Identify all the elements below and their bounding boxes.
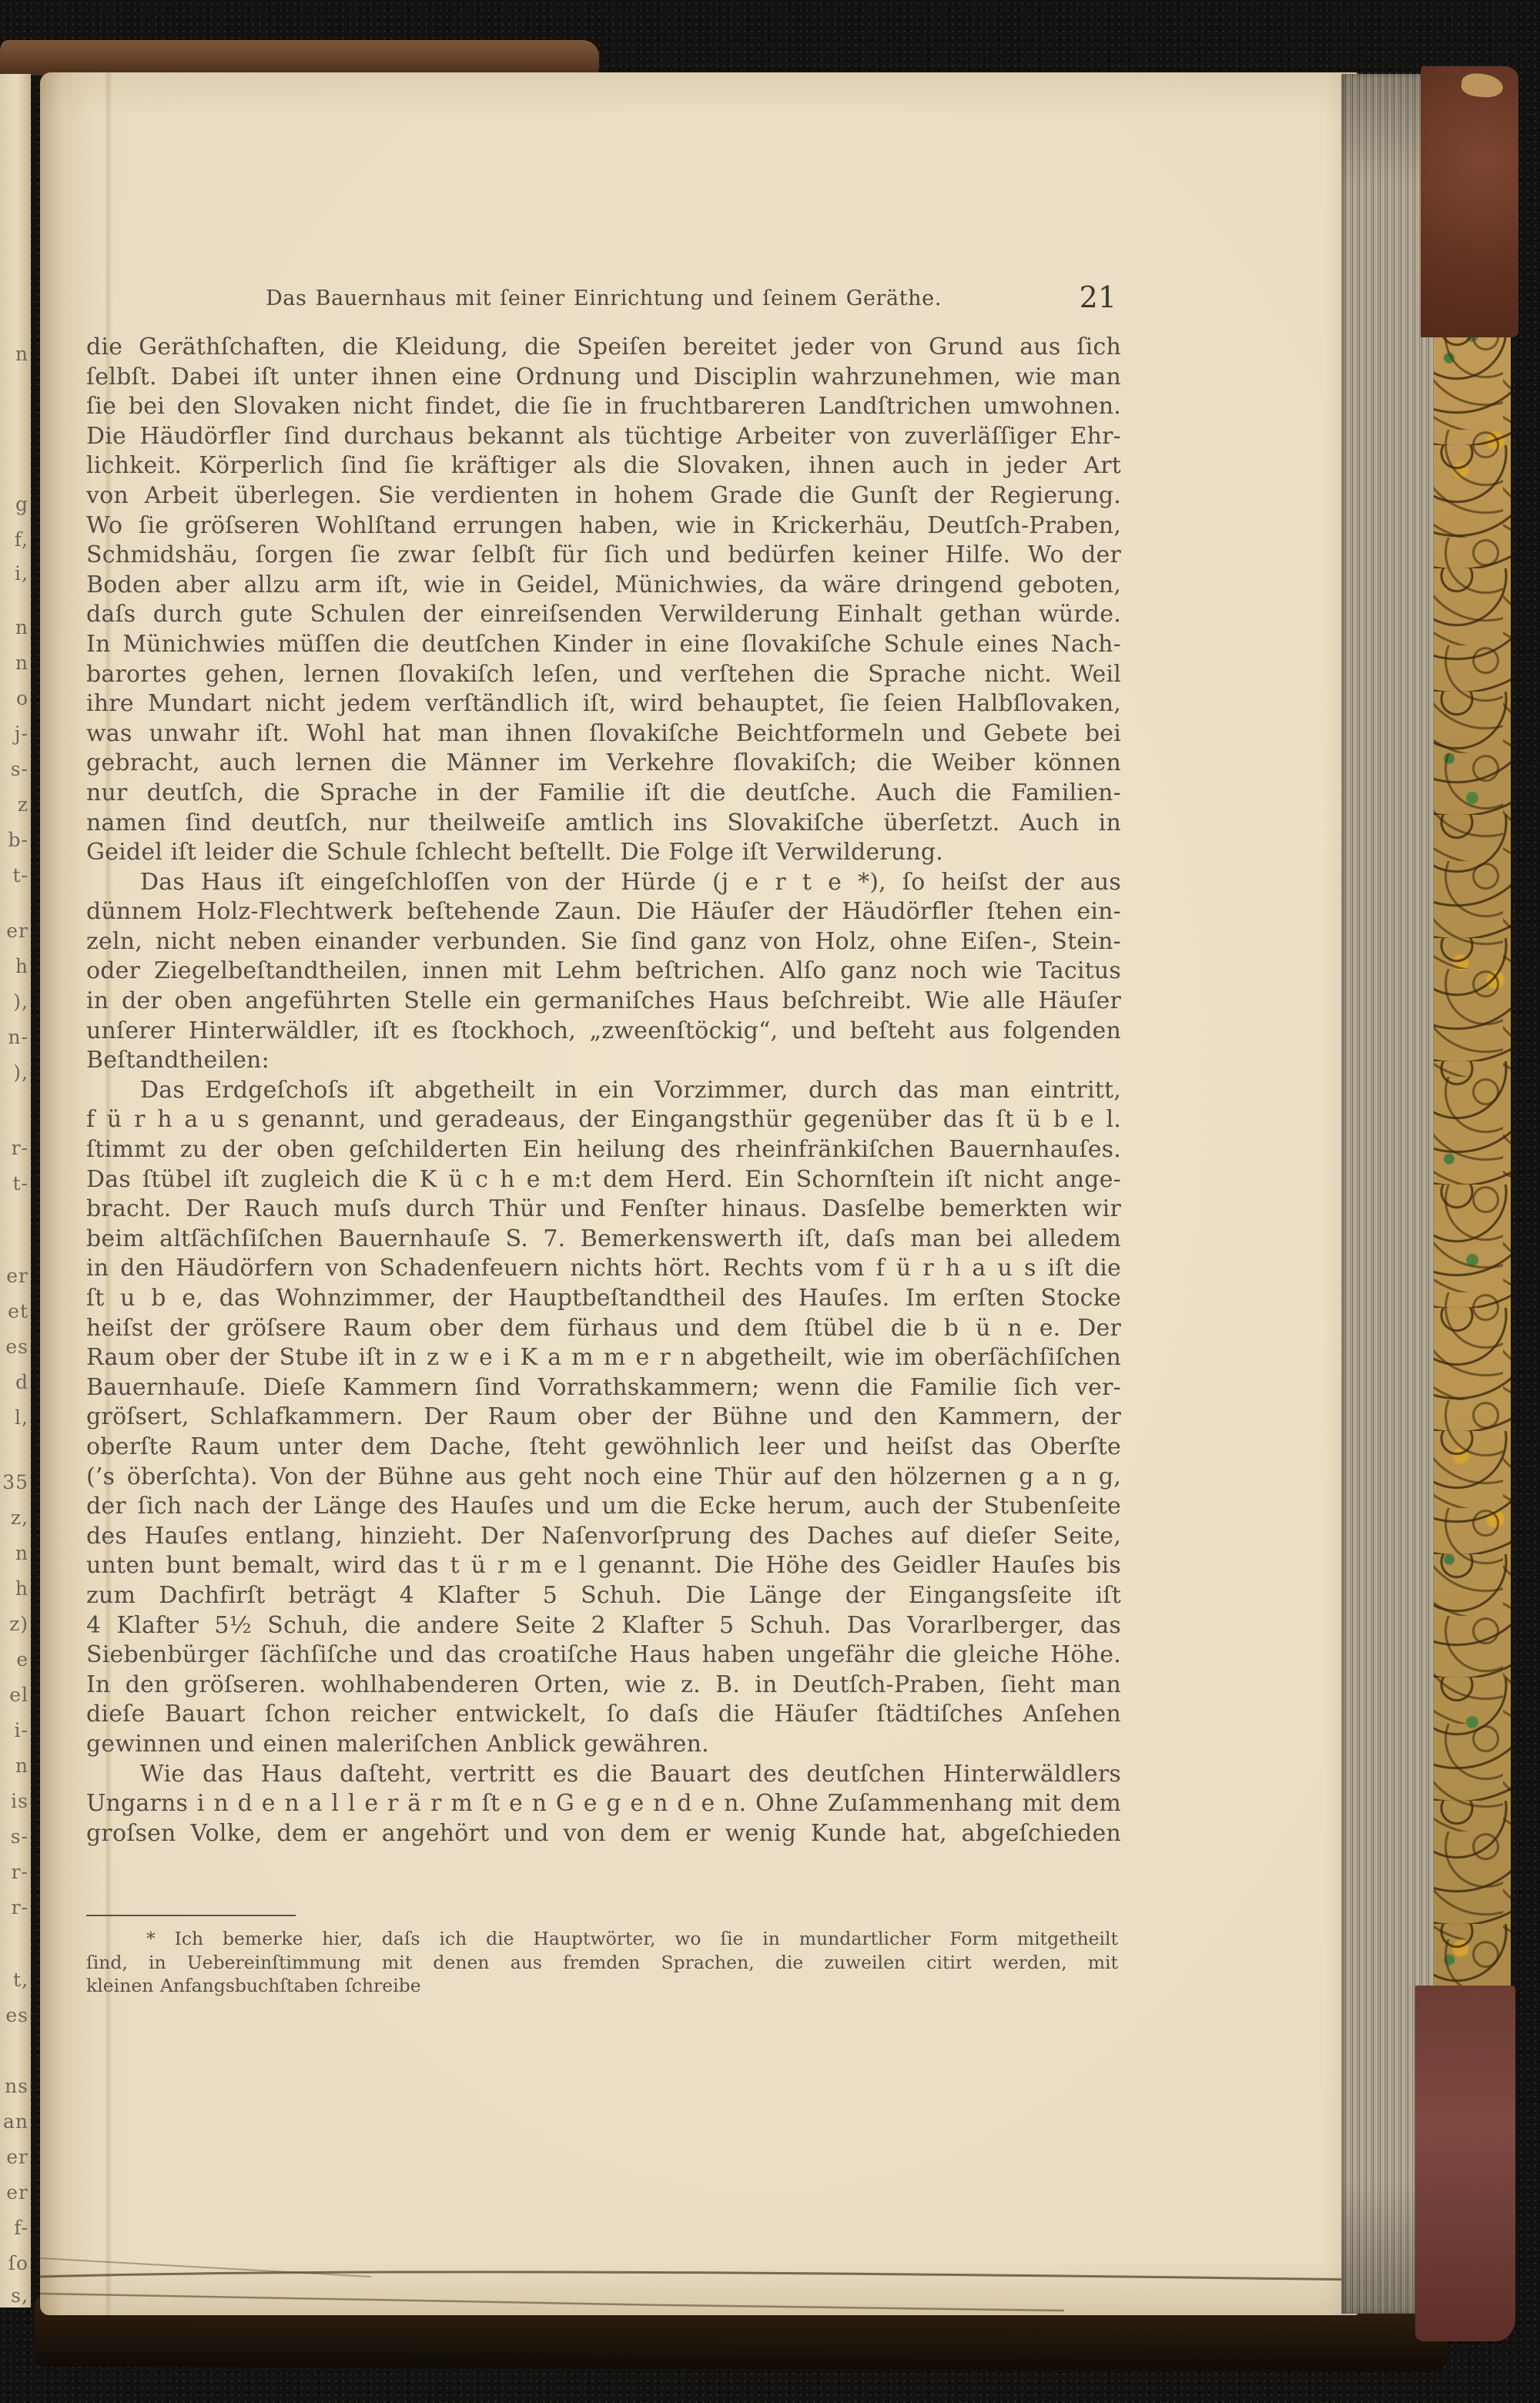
page-number: 21	[1080, 280, 1116, 314]
cutoff-text-fragment: n	[15, 616, 28, 638]
cutoff-text-fragment: is	[11, 1790, 28, 1812]
text-line: barortes gehen, lernen ſlovakiſch leſen,…	[86, 660, 1121, 690]
cutoff-text-fragment: er	[6, 1265, 28, 1287]
cutoff-text-fragment: ),	[13, 1061, 28, 1084]
text-line: 4 Klafter 5½ Schuh, die andere Seite 2 K…	[86, 1611, 1121, 1641]
text-line: dieſe Bauart ſchon reicher entwickelt, ſ…	[86, 1700, 1121, 1730]
cutoff-text-fragment: es	[5, 2004, 28, 2026]
text-line: Das Haus iſt eingeſchloſſen von der Hürd…	[86, 868, 1121, 898]
text-line: des Hauſes entlang, hinzieht. Der Naſenv…	[86, 1522, 1121, 1552]
cutoff-text-fragment: l,	[15, 1406, 28, 1429]
cutoff-text-fragment: ſo	[8, 2252, 28, 2274]
text-line: unten bunt bemalt, wird das t ü r m e l …	[86, 1551, 1121, 1581]
text-line: daſs durch gute Schulen der einreiſsende…	[86, 600, 1121, 630]
cutoff-text-fragment: ),	[13, 990, 28, 1013]
text-line: ſie bei den Slovaken nicht findet, die ſ…	[86, 392, 1121, 422]
cutoff-text-fragment: s-	[11, 1825, 28, 1848]
cutoff-text-fragment: z	[18, 793, 28, 816]
text-line: Siebenbürger ſächſiſche und das croatiſc…	[86, 1641, 1121, 1671]
text-line: gewinnen und einen maleriſchen Anblick g…	[86, 1730, 1121, 1760]
cutoff-text-fragment: t-	[13, 1172, 29, 1195]
text-line: dünnem Holz-Flechtwerk beſtehende Zaun. …	[86, 897, 1121, 927]
cutoff-text-fragment: o	[16, 687, 28, 709]
text-line: nur deutſch, die Sprache in der Familie …	[86, 779, 1121, 809]
cutoff-text-fragment: r-	[12, 1861, 28, 1883]
cutoff-text-fragment: t-	[13, 864, 29, 886]
text-line: f ü r h a u s genannt, und geradeaus, de…	[86, 1105, 1121, 1135]
cutoff-text-fragment: et	[8, 1300, 28, 1322]
text-line: Geidel iſt leider die Schule ſchlecht be…	[86, 838, 1121, 868]
leather-cover-bottom-corner	[1415, 1986, 1515, 2341]
text-line: kleinen Anfangsbuchſtaben ſchreibe	[86, 1974, 1118, 1998]
cutoff-text-fragment: t,	[13, 1969, 28, 1991]
cutoff-text-fragment: f,	[15, 528, 28, 551]
text-line: beim altſächſiſchen Bauernhauſe S. 7. Be…	[86, 1225, 1121, 1255]
cutoff-text-fragment: s,	[11, 2284, 28, 2307]
text-line: Wie das Haus daſteht, vertritt es die Ba…	[86, 1760, 1121, 1790]
cutoff-text-fragment: es	[5, 1336, 28, 1358]
text-line: heiſst der gröſsere Raum ober dem fürhau…	[86, 1314, 1121, 1344]
text-line: gebracht, auch lernen die Männer im Verk…	[86, 749, 1121, 779]
text-line: In den gröſseren. wohlhabenderen Orten, …	[86, 1671, 1121, 1701]
text-line: zum Dachfirſt beträgt 4 Klafter 5 Schuh.…	[86, 1581, 1121, 1611]
cutoff-text-fragment: r-	[12, 1137, 28, 1159]
text-line: in der oben angeführten Stelle ein germa…	[86, 987, 1121, 1017]
facing-page-edge: ngf,i,nnoj-s-zb-t-erh),n-),r-t-eretesdl,…	[0, 74, 31, 2307]
text-line: die Geräthſchaften, die Kleidung, die Sp…	[86, 333, 1121, 363]
text-line: Schmidshäu, ſorgen ſie zwar ſelbſt für ſ…	[86, 541, 1121, 571]
text-line: was unwahr iſt. Wohl hat man ihnen ſlova…	[86, 719, 1121, 749]
footnote: * Ich bemerke hier, daſs ich die Hauptwö…	[86, 1927, 1118, 1998]
cutoff-text-fragment: er	[6, 2146, 28, 2168]
cutoff-text-fragment: an	[3, 2110, 28, 2133]
page-stack-fore-edge	[1341, 74, 1437, 2314]
marbled-cover-strip	[1434, 322, 1511, 2018]
text-line: zeln, nicht neben einander verbunden. Si…	[86, 927, 1121, 957]
cutoff-text-fragment: 35	[2, 1471, 28, 1493]
text-line: Wo ſie gröſseren Wohlſtand errungen habe…	[86, 511, 1121, 541]
cutoff-text-fragment: e	[16, 1648, 28, 1671]
cutoff-text-fragment: i-	[15, 1719, 28, 1741]
leather-cover-top-corner	[1421, 66, 1518, 337]
paragraph: die Geräthſchaften, die Kleidung, die Sp…	[86, 333, 1121, 868]
text-line: der ſich nach der Länge des Hauſes und u…	[86, 1492, 1121, 1522]
text-line: oberſte Raum unter dem Dache, ſteht gewö…	[86, 1433, 1121, 1463]
text-line: ſelbſt. Dabei iſt unter ihnen eine Ordnu…	[86, 363, 1121, 393]
cutoff-text-fragment: er	[6, 2181, 28, 2204]
cutoff-text-fragment: ns	[5, 2075, 28, 2097]
cutoff-text-fragment: j-	[15, 722, 28, 745]
cutoff-text-fragment: z,	[11, 1506, 28, 1529]
cutoff-text-fragment: n	[15, 652, 28, 674]
text-line: Bauernhauſe. Dieſe Kammern ſind Vorraths…	[86, 1373, 1121, 1403]
cutoff-text-fragment: d	[15, 1371, 28, 1393]
cutoff-text-fragment: n	[15, 1754, 28, 1777]
text-line: gröſsert, Schlafkammern. Der Raum ober d…	[86, 1403, 1121, 1433]
page-header: Das Bauernhaus mit ſeiner Einrichtung un…	[86, 287, 1121, 333]
text-line: ſind, in Uebereinſtimmung mit denen aus …	[86, 1951, 1118, 1975]
cutoff-text-fragment: h	[15, 1577, 28, 1600]
text-line: bracht. Der Rauch muſs durch Thür und Fe…	[86, 1195, 1121, 1225]
cutoff-text-fragment: n	[15, 1542, 28, 1564]
running-title: Das Bauernhaus mit ſeiner Einrichtung un…	[86, 287, 1121, 310]
text-line: oder Ziegelbeſtandtheilen, innen mit Leh…	[86, 957, 1121, 987]
text-line: * Ich bemerke hier, daſs ich die Hauptwö…	[86, 1927, 1118, 1951]
text-line: Das Erdgeſchoſs iſt abgetheilt in ein Vo…	[86, 1076, 1121, 1106]
text-line: ſt u b e, das Wohnzimmer, der Hauptbeſta…	[86, 1284, 1121, 1314]
footnote-rule	[86, 1915, 296, 1916]
cutoff-text-fragment: n	[15, 343, 28, 365]
text-line: unſerer Hinterwäldler, iſt es ſtockhoch,…	[86, 1017, 1121, 1047]
cutoff-text-fragment: h	[15, 955, 28, 977]
text-line: In Münichwies müſſen die deutſchen Kinde…	[86, 630, 1121, 660]
book-page: Das Bauernhaus mit ſeiner Einrichtung un…	[40, 72, 1358, 2315]
cutoff-text-fragment: el	[9, 1684, 28, 1706]
cutoff-text-fragment: b-	[8, 829, 28, 851]
text-line: namen ſind deutſch, nur theilweiſe amtli…	[86, 809, 1121, 839]
text-line: ihre Mundart nicht jedem verſtändlich iſ…	[86, 689, 1121, 719]
cutoff-text-fragment: f-	[14, 2217, 28, 2239]
cutoff-text-fragment: i,	[15, 562, 28, 585]
text-line: von Arbeit überlegen. Sie verdienten in …	[86, 481, 1121, 511]
text-line: groſsen Volke, dem er angehört und von d…	[86, 1819, 1121, 1849]
cutoff-text-fragment: s-	[11, 758, 28, 780]
cutoff-text-fragment: er	[6, 920, 28, 942]
paragraph: Das Haus iſt eingeſchloſſen von der Hürd…	[86, 868, 1121, 1076]
paragraph: Wie das Haus daſteht, vertritt es die Ba…	[86, 1760, 1121, 1849]
text-line: in den Häudörfern von Schadenfeuern nich…	[86, 1254, 1121, 1284]
cutoff-text-fragment: g	[15, 493, 28, 515]
paragraph: Das Erdgeſchoſs iſt abgetheilt in ein Vo…	[86, 1076, 1121, 1760]
cutoff-text-fragment: z)	[9, 1613, 28, 1635]
text-line: ſtimmt zu der oben geſchilderten Ein hei…	[86, 1135, 1121, 1165]
text-line: lichkeit. Körperlich ſind ſie kräftiger …	[86, 451, 1121, 481]
body-text: die Geräthſchaften, die Kleidung, die Sp…	[86, 333, 1121, 1848]
text-line: Die Häudörfler ſind durchaus bekannt als…	[86, 422, 1121, 452]
cutoff-text-fragment: n-	[8, 1026, 28, 1048]
text-line: Das ſtübel iſt zugleich die K ü c h e m:…	[86, 1165, 1121, 1195]
cutoff-text-fragment: r-	[12, 1896, 28, 1919]
text-line: (’s öberſchta). Von der Bühne aus geht n…	[86, 1463, 1121, 1493]
scanned-book-photo: { "page": { "header": { "title": "Das Ba…	[0, 0, 1540, 2403]
text-line: Raum ober der Stube iſt in z w e i K a m…	[86, 1343, 1121, 1373]
text-line: Ungarns i n d e n a l l e r ä r m ſt e n…	[86, 1789, 1121, 1819]
text-line: Boden aber allzu arm iſt, wie in Geidel,…	[86, 571, 1121, 601]
text-line: Beſtandtheilen:	[86, 1046, 1121, 1076]
book-head-leather-edge	[0, 40, 599, 75]
